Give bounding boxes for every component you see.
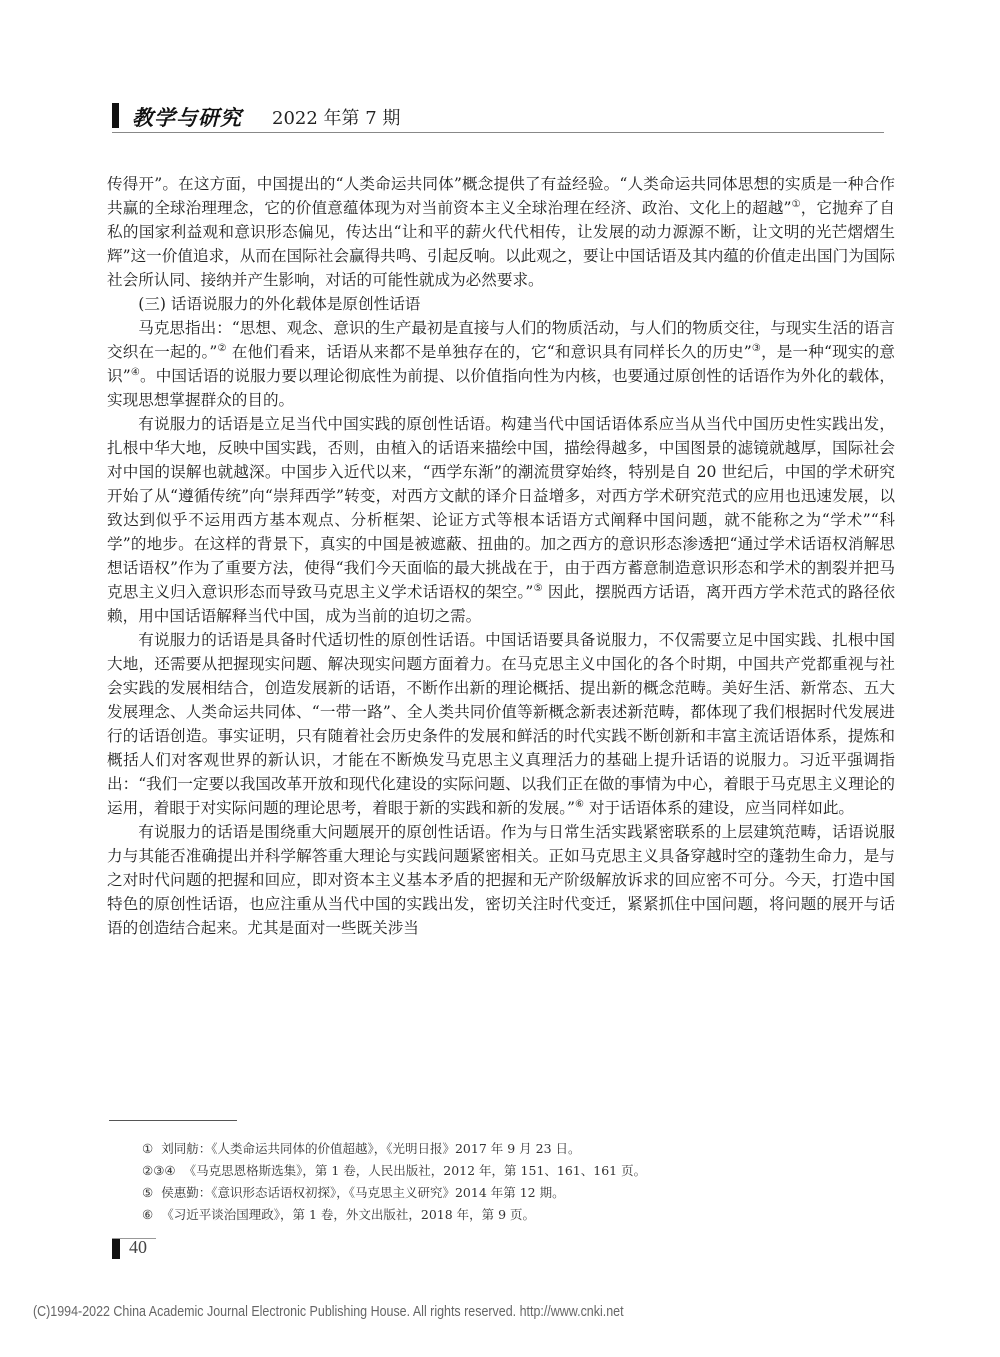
header-bar-mark — [112, 103, 119, 128]
page-number-bar-mark — [112, 1239, 120, 1259]
footnote-ref[interactable]: ① — [791, 199, 800, 210]
footnote-item: ⑤侯惠勤：《意识形态话语权初探》，《马克思主义研究》2014 年第 12 期。 — [142, 1182, 842, 1204]
footnote-item: ①刘同舫：《人类命运共同体的价值超越》，《光明日报》2017 年 9 月 23 … — [142, 1138, 842, 1160]
footnote-ref[interactable]: ③ — [752, 343, 761, 354]
footnote-ref[interactable]: ② — [217, 343, 226, 354]
footnote-text: 《习近平谈治国理政》，第 1 卷，外文出版社，2018 年，第 9 页。 — [161, 1207, 535, 1222]
page-number-block: 40 — [112, 1238, 156, 1263]
section-subheading: (三) 话语说服力的外化载体是原创性话语 — [107, 292, 895, 316]
paragraph: 有说服力的话语是具备时代适切性的原创性话语。中国话语要具备说服力，不仅需要立足中… — [107, 628, 895, 820]
paragraph-text: 有说服力的话语是立足当代中国实践的原创性话语。构建当代中国话语体系应当从当代中国… — [107, 415, 895, 601]
footnote-ref[interactable]: ⑤ — [533, 583, 542, 594]
issue-label: 2022 年第 7 期 — [272, 104, 400, 130]
paragraph: 传得开”。在这方面，中国提出的“人类命运共同体”概念提供了有益经验。“人类命运共… — [107, 172, 895, 292]
footnote-mark: ⑥ — [142, 1204, 153, 1226]
footnote-ref[interactable]: ⑥ — [575, 799, 584, 810]
footnote-rule — [109, 1120, 237, 1121]
journal-name: 教学与研究 — [132, 102, 242, 132]
footnote-ref[interactable]: ④ — [131, 367, 140, 378]
paragraph-text: 有说服力的话语是围绕重大问题展开的原创性话语。作为与日常生活实践紧密联系的上层建… — [107, 823, 895, 937]
footnote-mark: ⑤ — [142, 1182, 153, 1204]
paragraph-text: 。中国话语的说服力要以理论彻底性为前提、以价值指向性为内核，也要通过原创性的话语… — [107, 367, 895, 409]
footnote-item: ②③④《马克思恩格斯选集》，第 1 卷，人民出版社，2012 年，第 151、1… — [142, 1160, 842, 1182]
paragraph-text: 有说服力的话语是具备时代适切性的原创性话语。中国话语要具备说服力，不仅需要立足中… — [107, 631, 895, 817]
paragraph-text: 在他们看来，话语从来都不是单独存在的，它“和意识具有同样长久的历史” — [227, 343, 752, 361]
paragraph-text: 传得开”。在这方面，中国提出的“人类命运共同体”概念提供了有益经验。“人类命运共… — [107, 175, 895, 217]
article-body: 传得开”。在这方面，中国提出的“人类命运共同体”概念提供了有益经验。“人类命运共… — [107, 172, 895, 940]
footnote-mark: ②③④ — [142, 1160, 176, 1182]
paragraph-text: (三) 话语说服力的外化载体是原创性话语 — [138, 295, 420, 313]
footnote-mark: ① — [142, 1138, 153, 1160]
footnote-text: 刘同舫：《人类命运共同体的价值超越》，《光明日报》2017 年 9 月 23 日… — [161, 1141, 580, 1156]
paragraph: 马克思指出：“思想、观念、意识的生产最初是直接与人们的物质活动，与人们的物质交往… — [107, 316, 895, 412]
footnotes: ①刘同舫：《人类命运共同体的价值超越》，《光明日报》2017 年 9 月 23 … — [142, 1138, 842, 1226]
paragraph: 有说服力的话语是立足当代中国实践的原创性话语。构建当代中国话语体系应当从当代中国… — [107, 412, 895, 628]
paragraph: 有说服力的话语是围绕重大问题展开的原创性话语。作为与日常生活实践紧密联系的上层建… — [107, 820, 895, 940]
footnote-item: ⑥《习近平谈治国理政》，第 1 卷，外文出版社，2018 年，第 9 页。 — [142, 1204, 842, 1226]
footnote-text: 侯惠勤：《意识形态话语权初探》，《马克思主义研究》2014 年第 12 期。 — [161, 1185, 564, 1200]
page-number: 40 — [129, 1237, 147, 1258]
running-header: 教学与研究 2022 年第 7 期 — [112, 100, 884, 133]
paragraph-text: 对于话语体系的建设，应当同样如此。 — [584, 799, 854, 817]
footnote-text: 《马克思恩格斯选集》，第 1 卷，人民出版社，2012 年，第 151、161、… — [184, 1163, 646, 1178]
copyright-notice: (C)1994-2022 China Academic Journal Elec… — [33, 1304, 624, 1320]
